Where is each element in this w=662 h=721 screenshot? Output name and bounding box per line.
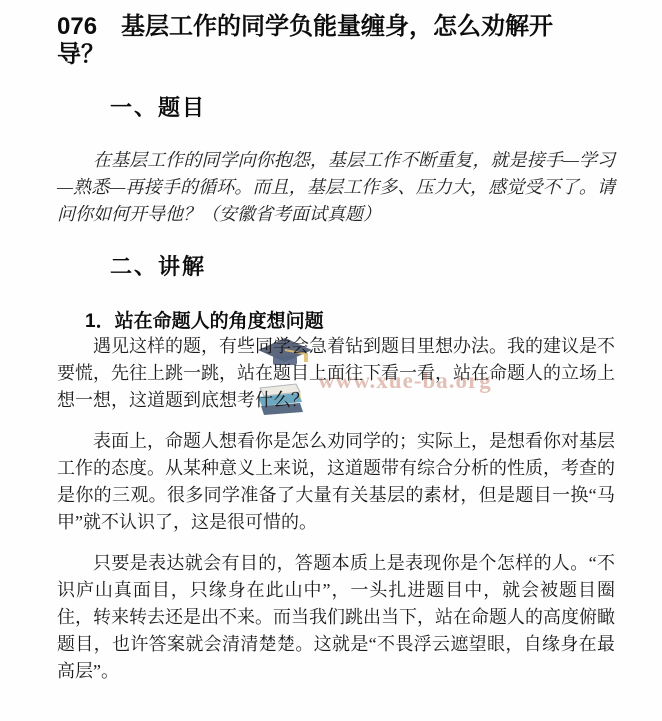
explanation-paragraph: 表面上，命题人想看你是怎么劝同学的；实际上，是想看你对基层工作的态度。从某种意义… bbox=[57, 428, 615, 536]
section-heading-explanation: 二、讲解 bbox=[110, 254, 615, 280]
section-heading-question: 一、题目 bbox=[110, 95, 615, 121]
explanation-paragraph: 遇见这样的题，有些同学会急着钻到题目里想办法。我的建议是不要慌，先往上跳一跳，站… bbox=[57, 333, 615, 414]
question-paragraph: 在基层工作的同学向你抱怨，基层工作不断重复，就是接手—学习—熟悉—再接手的循环。… bbox=[57, 147, 615, 228]
subsection-heading: 1．站在命题人的角度想问题 bbox=[85, 310, 615, 333]
document-page: 076 基层工作的同学负能量缠身，怎么劝解开导？ 一、题目 在基层工作的同学向你… bbox=[0, 0, 662, 685]
page-title: 076 基层工作的同学负能量缠身，怎么劝解开导？ bbox=[57, 13, 573, 69]
explanation-paragraph: 只要是表达就会有目的，答题本质上是表现你是个怎样的人。“不识庐山真面目，只缘身在… bbox=[57, 550, 615, 685]
